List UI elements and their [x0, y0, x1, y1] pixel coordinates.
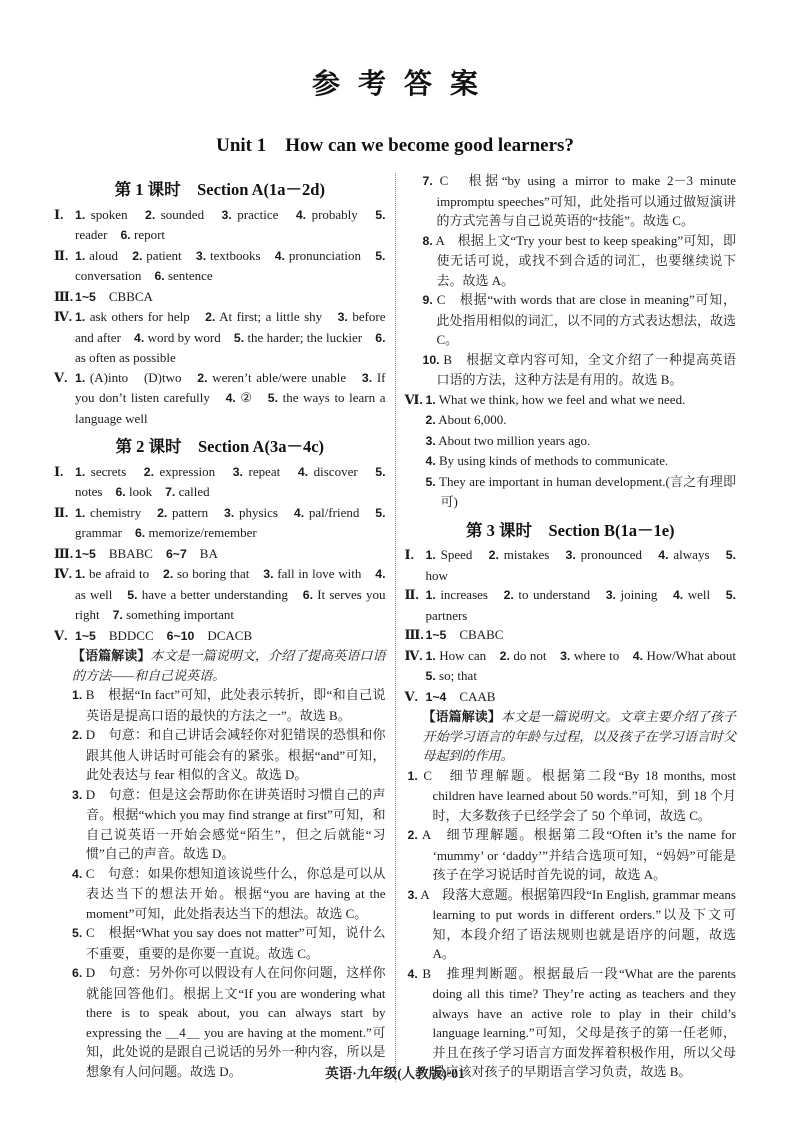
answer-row: Ⅰ.1. spoken 2. sounded 3. practice 4. pr… [54, 205, 386, 246]
answer-text: 1. secrets 2. expression 3. repeat 4. di… [75, 464, 386, 500]
answer-row: Ⅴ.1~5 BDDCC 6~10 DCACB [54, 626, 386, 647]
answer-text: 1. be afraid to 2. so boring that 3. fal… [75, 566, 386, 622]
roman-numeral-label: Ⅰ. [54, 205, 75, 225]
answer-row: Ⅳ.1. ask others for help 2. At first; a … [54, 307, 386, 368]
roman-numeral-label: Ⅲ. [405, 625, 426, 645]
answer-row: Ⅰ.1. Speed 2. mistakes 3. pronounced 4. … [405, 545, 737, 585]
passage-analysis: 【语篇解读】本文是一篇说明文。文章主要介绍了孩子开始学习语言的年龄与过程，以及孩… [423, 707, 737, 766]
answer-sub-line: 4. By using kinds of methods to communic… [426, 451, 737, 472]
answer-text: 1. increases 2. to understand 3. joining… [426, 587, 737, 623]
analysis-label: 【语篇解读】 [423, 709, 501, 724]
answer-row: Ⅲ.1~5 CBABC [405, 625, 737, 646]
page-footer: 英语·九年级(人教版)·01 [0, 1062, 790, 1082]
explanation-item: 7. C 根据“by using a mirror to make 2－3 mi… [423, 171, 737, 231]
answer-sub-line: 5. They are important in human developme… [426, 472, 737, 512]
explanation-item: 1. C 细节理解题。根据第二段“By 18 months, most chil… [408, 766, 737, 826]
roman-numeral-label: Ⅳ. [54, 564, 75, 584]
explanation-item: 10. B 根据文章内容可知，全文介绍了一种提高英语口语的方法，这种方法是有用的… [423, 350, 737, 390]
explanation-item: 8. A 根据上文“Try your best to keep speaking… [423, 231, 737, 291]
two-column-layout: 第 1 课时 Section A(1a－2d) Ⅰ.1. spoken 2. s… [54, 171, 736, 1082]
answer-text: 1~4 CAAB [426, 689, 496, 704]
column-divider [395, 173, 396, 1082]
lesson3-heading: 第 3 课时 Section B(1a－1e) [405, 521, 737, 541]
answer-row: Ⅲ.1~5 BBABC 6~7 BA [54, 544, 386, 565]
explanation-item: 3. A 段落大意题。根据第四段“In English, grammar mea… [408, 885, 737, 964]
roman-numeral-label: Ⅱ. [54, 246, 75, 266]
answer-text: 1~5 BDDCC 6~10 DCACB [75, 628, 252, 643]
answer-row: Ⅳ.1. How can 2. do not 3. where to 4. Ho… [405, 646, 737, 687]
roman-numeral-label: Ⅰ. [405, 545, 426, 565]
answer-row: Ⅱ.1. increases 2. to understand 3. joini… [405, 585, 737, 625]
answer-text: 1~5 CBBCA [75, 289, 153, 304]
roman-numeral-label: Ⅳ. [405, 646, 426, 666]
roman-numeral-label: Ⅵ. [405, 390, 426, 410]
page-title: 参考答案 [54, 62, 736, 102]
answer-row: Ⅳ.1. be afraid to 2. so boring that 3. f… [54, 564, 386, 626]
answer-text: 1. chemistry 2. pattern 3. physics 4. pa… [75, 505, 386, 541]
answer-text: 1. (A)into (D)two 2. weren’t able/were u… [75, 370, 386, 426]
right-column: 7. C 根据“by using a mirror to make 2－3 mi… [405, 171, 737, 1082]
answer-text: 1. spoken 2. sounded 3. practice 4. prob… [75, 207, 386, 243]
explanation-item: 1. B 根据“In fact”可知，此处表示转折，即“和自己说英语是提高口语的… [72, 685, 386, 725]
answer-key-page: 参考答案 Unit 1 How can we become good learn… [0, 0, 790, 1130]
answer-text: 1. What we think, how we feel and what w… [426, 392, 686, 407]
answer-row: Ⅲ.1~5 CBBCA [54, 287, 386, 308]
answer-row: Ⅴ.1~4 CAAB [405, 687, 737, 708]
explanation-item: 4. C 句意：如果你想知道该说些什么，你总是可以从表达当下的想法开始。根据“y… [72, 864, 386, 924]
answer-sub-line: 2. About 6,000. [426, 410, 737, 431]
roman-numeral-label: Ⅲ. [54, 544, 75, 564]
answer-row: Ⅰ.1. secrets 2. expression 3. repeat 4. … [54, 462, 386, 503]
answer-text: 1~5 CBABC [426, 627, 504, 642]
roman-numeral-label: Ⅴ. [54, 626, 75, 646]
passage-analysis: 【语篇解读】本文是一篇说明文，介绍了提高英语口语的方法——和自己说英语。 [72, 646, 386, 685]
roman-numeral-label: Ⅴ. [54, 368, 75, 388]
explanation-item: 2. D 句意：和自己讲话会减轻你对犯错误的恐惧和你跟其他人讲话时可能会有的紧张… [72, 725, 386, 785]
explanation-item: 2. A 细节理解题。根据第二段“Often it’s the name for… [408, 825, 737, 885]
left-column: 第 1 课时 Section A(1a－2d) Ⅰ.1. spoken 2. s… [54, 171, 386, 1082]
roman-numeral-label: Ⅳ. [54, 307, 75, 327]
answer-text: 1. aloud 2. patient 3. textbooks 4. pron… [75, 248, 385, 284]
unit-heading: Unit 1 How can we become good learners? [54, 130, 736, 157]
roman-numeral-label: Ⅰ. [54, 462, 75, 482]
answer-text: 1. ask others for help 2. At first; a li… [75, 309, 386, 365]
roman-numeral-label: Ⅲ. [54, 287, 75, 307]
answer-text: 1~5 BBABC 6~7 BA [75, 546, 218, 561]
lesson2-heading: 第 2 课时 Section A(3a－4c) [54, 437, 386, 457]
answer-text: 1. Speed 2. mistakes 3. pronounced 4. al… [426, 547, 737, 583]
analysis-label: 【语篇解读】 [72, 648, 150, 663]
explanation-item: 9. C 根据“with words that are close in mea… [423, 290, 737, 350]
answer-text: 1. How can 2. do not 3. where to 4. How/… [426, 648, 750, 684]
roman-numeral-label: Ⅱ. [405, 585, 426, 605]
answer-row: Ⅵ.1. What we think, how we feel and what… [405, 390, 737, 411]
answer-row: Ⅴ.1. (A)into (D)two 2. weren’t able/were… [54, 368, 386, 429]
answer-sub-line: 3. About two million years ago. [426, 431, 737, 452]
answer-row: Ⅱ.1. chemistry 2. pattern 3. physics 4. … [54, 503, 386, 544]
roman-numeral-label: Ⅴ. [405, 687, 426, 707]
answer-row: Ⅱ.1. aloud 2. patient 3. textbooks 4. pr… [54, 246, 386, 287]
explanation-item: 3. D 句意：但是这会帮助你在讲英语时习惯自己的声音。根据“which you… [72, 785, 386, 864]
lesson1-heading: 第 1 课时 Section A(1a－2d) [54, 180, 386, 200]
explanation-item: 5. C 根据“What you say does not matter”可知，… [72, 923, 386, 963]
roman-numeral-label: Ⅱ. [54, 503, 75, 523]
